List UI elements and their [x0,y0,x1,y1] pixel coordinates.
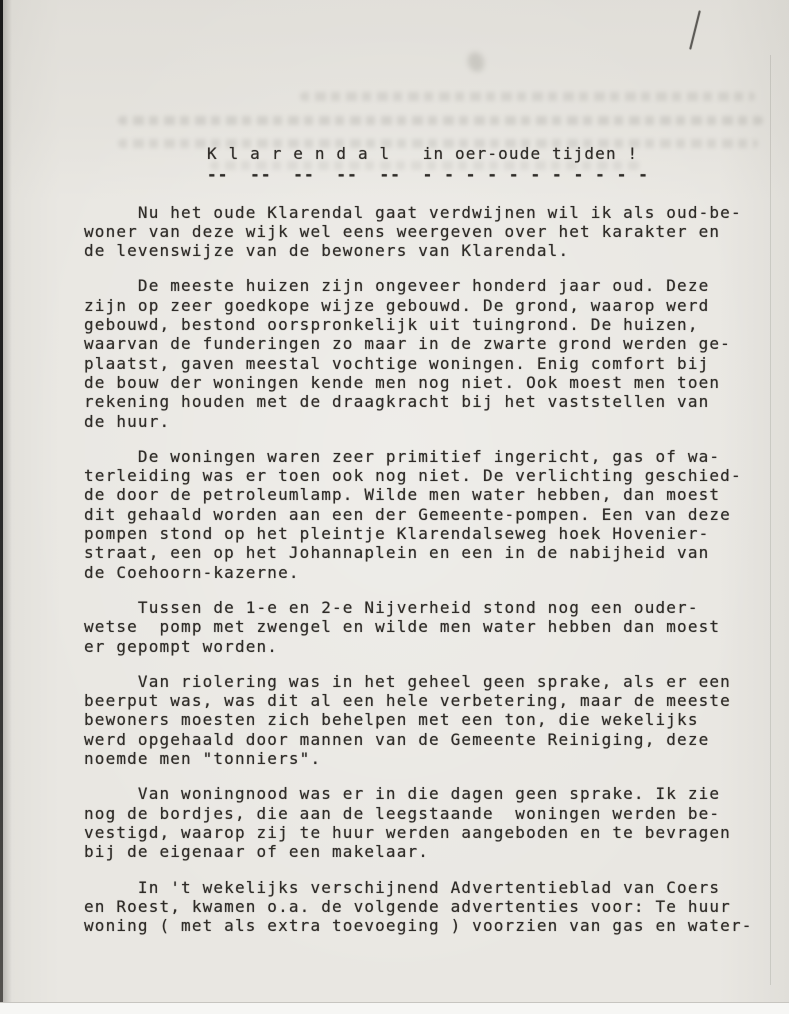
pen-stroke-mark [689,10,701,49]
paragraph: De woningen waren zeer primitief ingeric… [84,447,764,582]
paragraph: Tussen de 1-e en 2-e Nijverheid stond no… [84,598,764,656]
typewritten-page: K l a r e n d a l in oer-oude tijden ! -… [84,144,764,951]
scanner-strip-bottom [0,1003,789,1014]
paragraph: Van woningnood was er in die dagen geen … [84,784,764,861]
bleed-through-text [300,92,755,101]
paragraph: Van riolering was in het geheel geen spr… [84,672,764,768]
page-title: K l a r e n d a l in oer-oude tijden ! [207,144,764,163]
paragraph: De meeste huizen zijn ongeveer honderd j… [84,276,764,430]
ink-smudge [465,50,487,74]
page-edge-right [770,55,771,985]
title-underline: -- -- -- -- -- - - - - - - - - - - - [207,165,764,184]
paragraph: Nu het oude Klarendal gaat verdwijnen wi… [84,203,764,261]
paragraph: In 't wekelijks verschijnend Advertentie… [84,878,764,936]
scan-edge-left-shadow [3,0,12,1005]
bleed-through-text [118,116,763,125]
document-paragraphs: Nu het oude Klarendal gaat verdwijnen wi… [84,203,764,936]
